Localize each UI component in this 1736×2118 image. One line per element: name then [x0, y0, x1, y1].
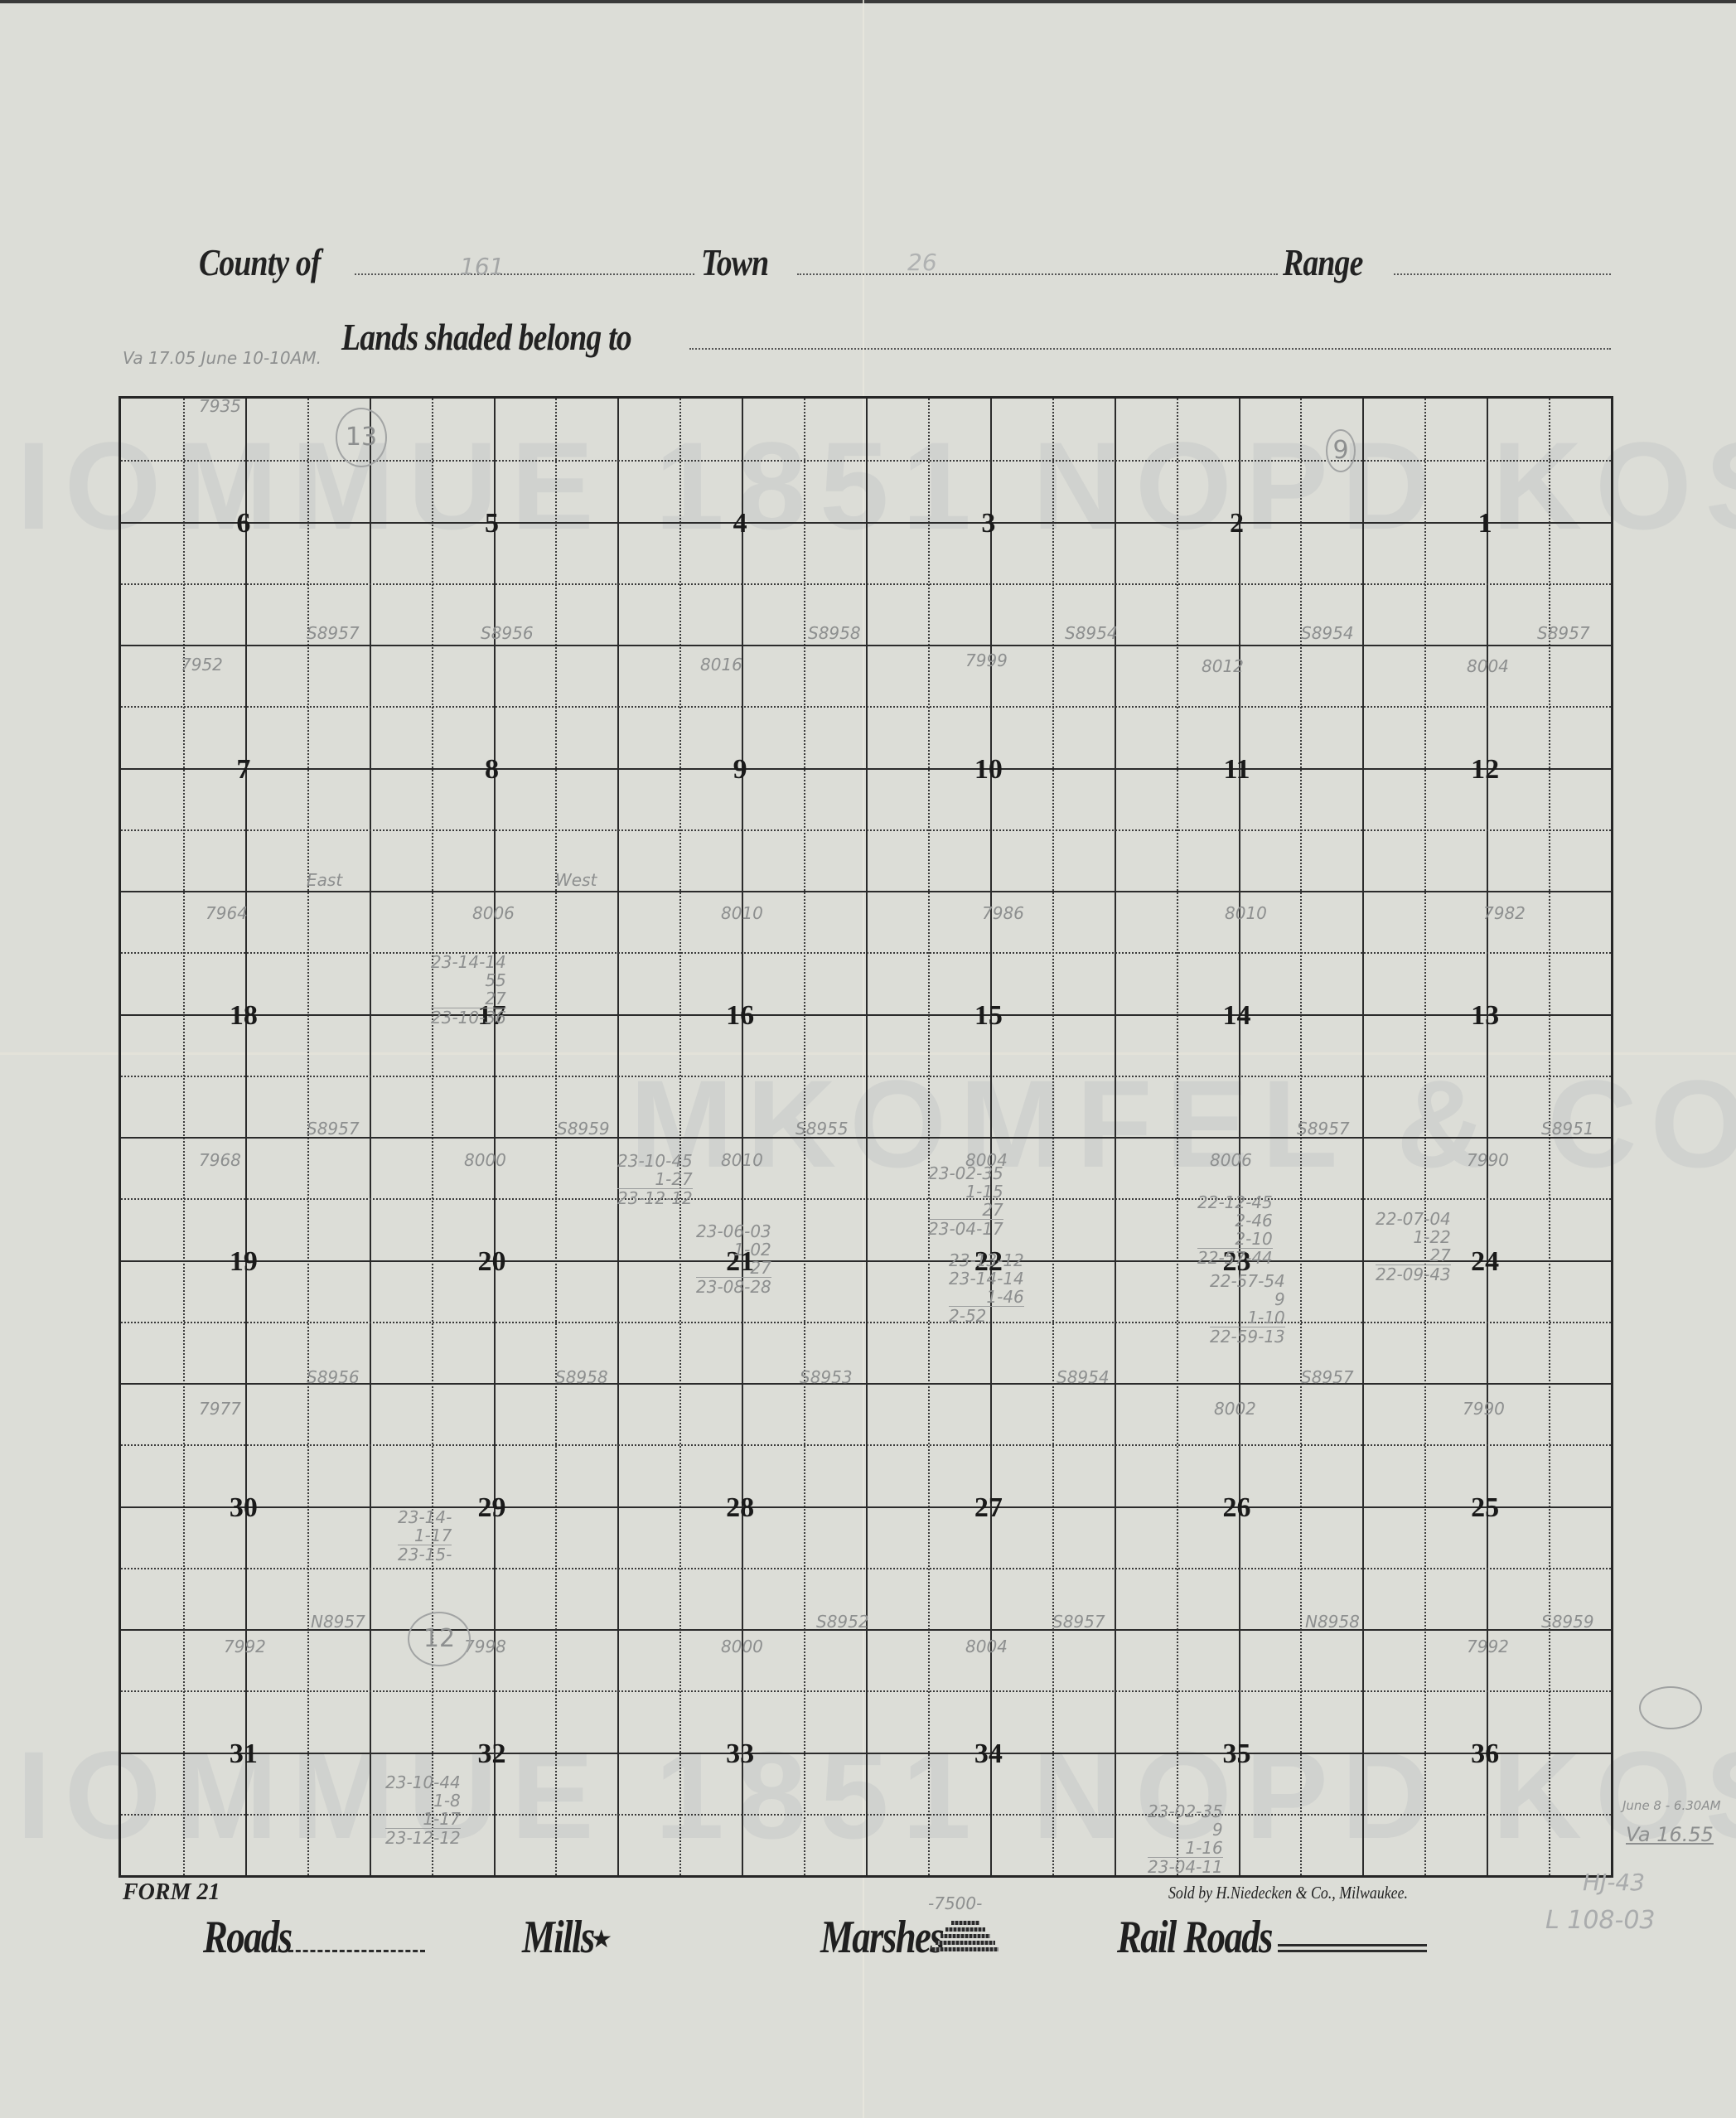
- section-number[interactable]: 4: [707, 510, 773, 538]
- calculation-line: 1-17: [385, 1810, 461, 1828]
- pencil-note: S8956: [481, 623, 534, 643]
- half-section-line-horizontal: [121, 768, 1611, 770]
- publisher-imprint: Sold by H.Niedecken & Co., Milwaukee.: [1168, 1883, 1408, 1903]
- margin-note-ref: L 108-03: [1545, 1906, 1656, 1935]
- calculation-line: 22-12-45: [1197, 1193, 1273, 1211]
- pencil-note: 7990: [1463, 1399, 1505, 1419]
- pencil-note: N8958: [1305, 1612, 1360, 1632]
- section-number[interactable]: 8: [459, 756, 525, 784]
- marsh-tuft-icon: [932, 1919, 999, 1952]
- calculation-line: 2-52: [949, 1306, 1024, 1325]
- half-section-line-horizontal: [121, 1753, 1611, 1754]
- calculation-line: 1-22: [1376, 1228, 1451, 1246]
- lands-label: Lands shaded belong to: [341, 315, 631, 359]
- legend-rail-roads-label: Rail Roads: [1117, 1911, 1272, 1964]
- pencil-calculation: 23-02-351-152723-04-17: [928, 1164, 1003, 1238]
- calculation-line: 1-10: [1210, 1308, 1285, 1327]
- pencil-note: 7952: [181, 655, 223, 675]
- margin-note-variation: Va 16.55: [1626, 1823, 1714, 1846]
- pencil-note: 8000: [464, 1150, 506, 1170]
- legend-mills: Mills ★: [522, 1906, 612, 1964]
- legend-rail-roads: Rail Roads: [1117, 1906, 1427, 1964]
- pencil-note: 8000: [721, 1637, 763, 1656]
- pencil-note: 7968: [199, 1150, 241, 1170]
- section-number[interactable]: 18: [210, 1002, 277, 1030]
- calculation-line: 23-10-44: [385, 1773, 461, 1792]
- calculation-line: 23-14-14: [949, 1269, 1024, 1288]
- pencil-note: S8952: [816, 1612, 869, 1632]
- section-number[interactable]: 20: [459, 1248, 525, 1276]
- margin-note-code: HJ-43: [1583, 1869, 1645, 1896]
- calculation-line: 22-09-43: [1376, 1265, 1451, 1284]
- calculation-line: 9: [1148, 1821, 1223, 1839]
- pencil-note: 8004: [1467, 656, 1509, 676]
- pencil-note: 7986: [982, 903, 1024, 923]
- pencil-note: 8010: [1225, 903, 1267, 923]
- town-label: Town: [701, 240, 768, 284]
- pencil-note: S8957: [307, 623, 360, 643]
- quarter-line-horizontal: [121, 829, 1611, 831]
- half-section-line-horizontal: [121, 522, 1611, 524]
- pencil-calculation: 23-10-451-2723-12-12: [617, 1152, 693, 1207]
- pencil-calculation: 23-06-031-022723-08-28: [696, 1222, 771, 1296]
- quarter-line-horizontal: [121, 1568, 1611, 1569]
- pencil-note: S8958: [555, 1367, 608, 1387]
- pencil-note: S8959: [1541, 1612, 1594, 1632]
- pencil-note: 7992: [1467, 1637, 1509, 1656]
- calculation-line: 1-16: [1148, 1839, 1223, 1857]
- pencil-note: S8957: [1052, 1612, 1105, 1632]
- section-number[interactable]: 15: [955, 1002, 1022, 1030]
- pencil-note: S8956: [307, 1367, 360, 1387]
- pencil-note: S8955: [795, 1119, 849, 1139]
- calculation-line: 55: [431, 971, 506, 989]
- range-label: Range: [1283, 240, 1363, 284]
- circled-number-icon: 9: [1326, 429, 1356, 472]
- half-section-line-horizontal: [121, 1014, 1611, 1016]
- pencil-note: 7964: [206, 903, 248, 923]
- pencil-note: West: [555, 870, 597, 890]
- section-number[interactable]: 7: [210, 756, 277, 784]
- pencil-note: 8006: [1210, 1150, 1252, 1170]
- railroad-double-line-icon: [1278, 1944, 1427, 1952]
- section-number[interactable]: 24: [1452, 1248, 1518, 1276]
- section-number[interactable]: 9: [707, 756, 773, 784]
- half-section-line-horizontal: [121, 1506, 1611, 1508]
- quarter-line-horizontal: [121, 1198, 1611, 1200]
- section-number[interactable]: 33: [707, 1740, 773, 1768]
- quarter-line-horizontal: [121, 1076, 1611, 1077]
- section-number[interactable]: 11: [1204, 756, 1270, 784]
- calculation-line: 23-06-03: [696, 1222, 771, 1240]
- section-number[interactable]: 5: [459, 510, 525, 538]
- pencil-note: N8957: [311, 1612, 365, 1632]
- quarter-line-horizontal: [121, 706, 1611, 708]
- section-number[interactable]: 25: [1452, 1494, 1518, 1522]
- calculation-line: 22-59-13: [1210, 1327, 1285, 1346]
- calculation-line: 1-15: [928, 1182, 1003, 1201]
- calculation-line: 27: [1376, 1246, 1451, 1265]
- section-number[interactable]: 10: [955, 756, 1022, 784]
- calculation-line: 23-14-: [398, 1508, 452, 1526]
- quarter-line-horizontal: [121, 952, 1611, 954]
- calculation-line: 27: [928, 1201, 1003, 1219]
- calculation-line: 27: [696, 1259, 771, 1277]
- section-number[interactable]: 6: [210, 510, 277, 538]
- legend-roads: Roads: [203, 1906, 425, 1964]
- section-number[interactable]: 13: [1452, 1002, 1518, 1030]
- calculation-line: 27: [431, 989, 506, 1008]
- pencil-note: S8951: [1541, 1119, 1594, 1139]
- road-dash-icon: [288, 1950, 425, 1952]
- pencil-calculation: 23-02-3591-1623-04-11: [1148, 1802, 1223, 1876]
- form-number: FORM 21: [123, 1879, 220, 1906]
- pencil-note: S8957: [307, 1119, 360, 1139]
- county-label: County of: [199, 240, 321, 284]
- county-field-line[interactable]: [355, 273, 694, 275]
- section-number[interactable]: 35: [1204, 1740, 1270, 1768]
- quarter-line-horizontal: [121, 583, 1611, 585]
- pencil-note: 8004: [965, 1637, 1008, 1656]
- town-value: 26: [907, 249, 937, 276]
- section-number[interactable]: 16: [707, 1002, 773, 1030]
- circled-number-icon: 12: [408, 1612, 471, 1666]
- pencil-calculation: 23-14-14552723-10-36: [431, 953, 506, 1027]
- range-field-line[interactable]: [1394, 273, 1611, 275]
- section-number[interactable]: 30: [210, 1494, 277, 1522]
- pencil-note: S8959: [557, 1119, 610, 1139]
- section-number[interactable]: 27: [955, 1494, 1022, 1522]
- quarter-line-horizontal: [121, 1690, 1611, 1692]
- calculation-line: 22-57-44: [1197, 1248, 1273, 1267]
- pencil-note: 8006: [472, 903, 515, 923]
- section-number[interactable]: 1: [1452, 510, 1518, 538]
- pencil-note: 8010: [721, 903, 763, 923]
- calculation-line: 23-04-17: [928, 1219, 1003, 1238]
- pencil-calculation: 22-57-5491-1022-59-13: [1210, 1272, 1285, 1346]
- quarter-line-horizontal: [121, 1444, 1611, 1446]
- legend-roads-label: Roads: [203, 1911, 292, 1964]
- calculation-line: 22-07-04: [1376, 1210, 1451, 1228]
- top-left-note: Va 17.05 June 10-10AM.: [123, 348, 322, 368]
- pencil-note: 7999: [965, 650, 1008, 670]
- calculation-line: 23-13-12: [949, 1251, 1024, 1269]
- section-number[interactable]: 3: [955, 510, 1022, 538]
- calculation-line: 1-17: [398, 1526, 452, 1545]
- pencil-note: East: [307, 870, 342, 890]
- calculation-line: 1-8: [385, 1792, 461, 1810]
- section-number[interactable]: 32: [459, 1740, 525, 1768]
- section-boundary-horizontal: [121, 645, 1611, 646]
- calculation-line: 23-04-11: [1148, 1857, 1223, 1876]
- calculation-line: 22-57-54: [1210, 1272, 1285, 1290]
- pencil-note: 8010: [721, 1150, 763, 1170]
- pencil-note: 8002: [1214, 1399, 1256, 1419]
- pencil-note: 7992: [224, 1637, 266, 1656]
- pencil-note: S8957: [1537, 623, 1590, 643]
- pencil-note: S8954: [1301, 623, 1354, 643]
- section-number[interactable]: 31: [210, 1740, 277, 1768]
- calculation-line: 23-08-28: [696, 1277, 771, 1296]
- pencil-note: 7982: [1483, 903, 1526, 923]
- pencil-note: 7935: [199, 396, 241, 416]
- section-number[interactable]: 14: [1204, 1002, 1270, 1030]
- section-number[interactable]: 19: [210, 1248, 277, 1276]
- section-number[interactable]: 12: [1452, 756, 1518, 784]
- pencil-note: -7500-: [928, 1893, 982, 1913]
- calculation-line: 1-46: [949, 1288, 1024, 1306]
- quarter-line-horizontal: [121, 1322, 1611, 1323]
- section-number[interactable]: 34: [955, 1740, 1022, 1768]
- pencil-note: S8954: [1065, 623, 1118, 643]
- calculation-line: 23-02-35: [928, 1164, 1003, 1182]
- calculation-line: 9: [1210, 1290, 1285, 1308]
- calculation-line: 2-10: [1197, 1230, 1273, 1248]
- calculation-line: 23-10-36: [431, 1008, 506, 1027]
- pencil-note: S8953: [800, 1367, 853, 1387]
- pencil-calculation: 23-10-441-81-1723-12-12: [385, 1773, 461, 1847]
- pencil-note: 7990: [1467, 1150, 1509, 1170]
- calculation-line: 23-12-12: [385, 1828, 461, 1847]
- legend-marshes-label: Marshes: [820, 1911, 943, 1964]
- calculation-line: 23-15-: [398, 1545, 452, 1564]
- calculation-line: 23-12-12: [617, 1188, 693, 1207]
- circled-number-icon: 13: [336, 408, 387, 467]
- lands-field-line[interactable]: [689, 348, 1611, 350]
- calculation-line: 23-10-45: [617, 1152, 693, 1170]
- quarter-line-horizontal: [121, 1814, 1611, 1816]
- calculation-line: 23-14-14: [431, 953, 506, 971]
- calculation-line: 1-27: [617, 1170, 693, 1188]
- pencil-note: S8958: [808, 623, 861, 643]
- section-number[interactable]: 29: [459, 1494, 525, 1522]
- pencil-calculation: 23-13-1223-14-141-462-52: [949, 1251, 1024, 1325]
- scan-top-edge: [0, 0, 1736, 3]
- circled-mark-icon: [1639, 1686, 1702, 1729]
- pencil-note: S8954: [1057, 1367, 1110, 1387]
- pencil-note: 8016: [700, 655, 742, 675]
- pencil-note: S8957: [1301, 1367, 1354, 1387]
- pencil-calculation: 23-14-1-1723-15-: [398, 1508, 452, 1564]
- margin-note-time: June 8 - 6.30AM: [1622, 1798, 1721, 1813]
- section-number[interactable]: 26: [1204, 1494, 1270, 1522]
- section-number[interactable]: 28: [707, 1494, 773, 1522]
- pencil-note: 8012: [1202, 656, 1244, 676]
- pencil-note: S8957: [1297, 1119, 1350, 1139]
- legend-mills-label: Mills: [522, 1911, 594, 1964]
- calculation-line: 23-02-35: [1148, 1802, 1223, 1821]
- county-value: 161: [460, 253, 504, 280]
- pencil-calculation: 22-12-452-462-1022-57-44: [1197, 1193, 1273, 1267]
- pencil-note: 7977: [199, 1399, 241, 1419]
- section-number[interactable]: 36: [1452, 1740, 1518, 1768]
- section-boundary-horizontal: [121, 891, 1611, 892]
- pencil-calculation: 22-07-041-222722-09-43: [1376, 1210, 1451, 1284]
- section-number[interactable]: 2: [1204, 510, 1270, 538]
- calculation-line: 1-02: [696, 1240, 771, 1259]
- calculation-line: 2-46: [1197, 1211, 1273, 1230]
- town-field-line[interactable]: [797, 273, 1278, 275]
- legend-marshes: Marshes: [820, 1906, 999, 1964]
